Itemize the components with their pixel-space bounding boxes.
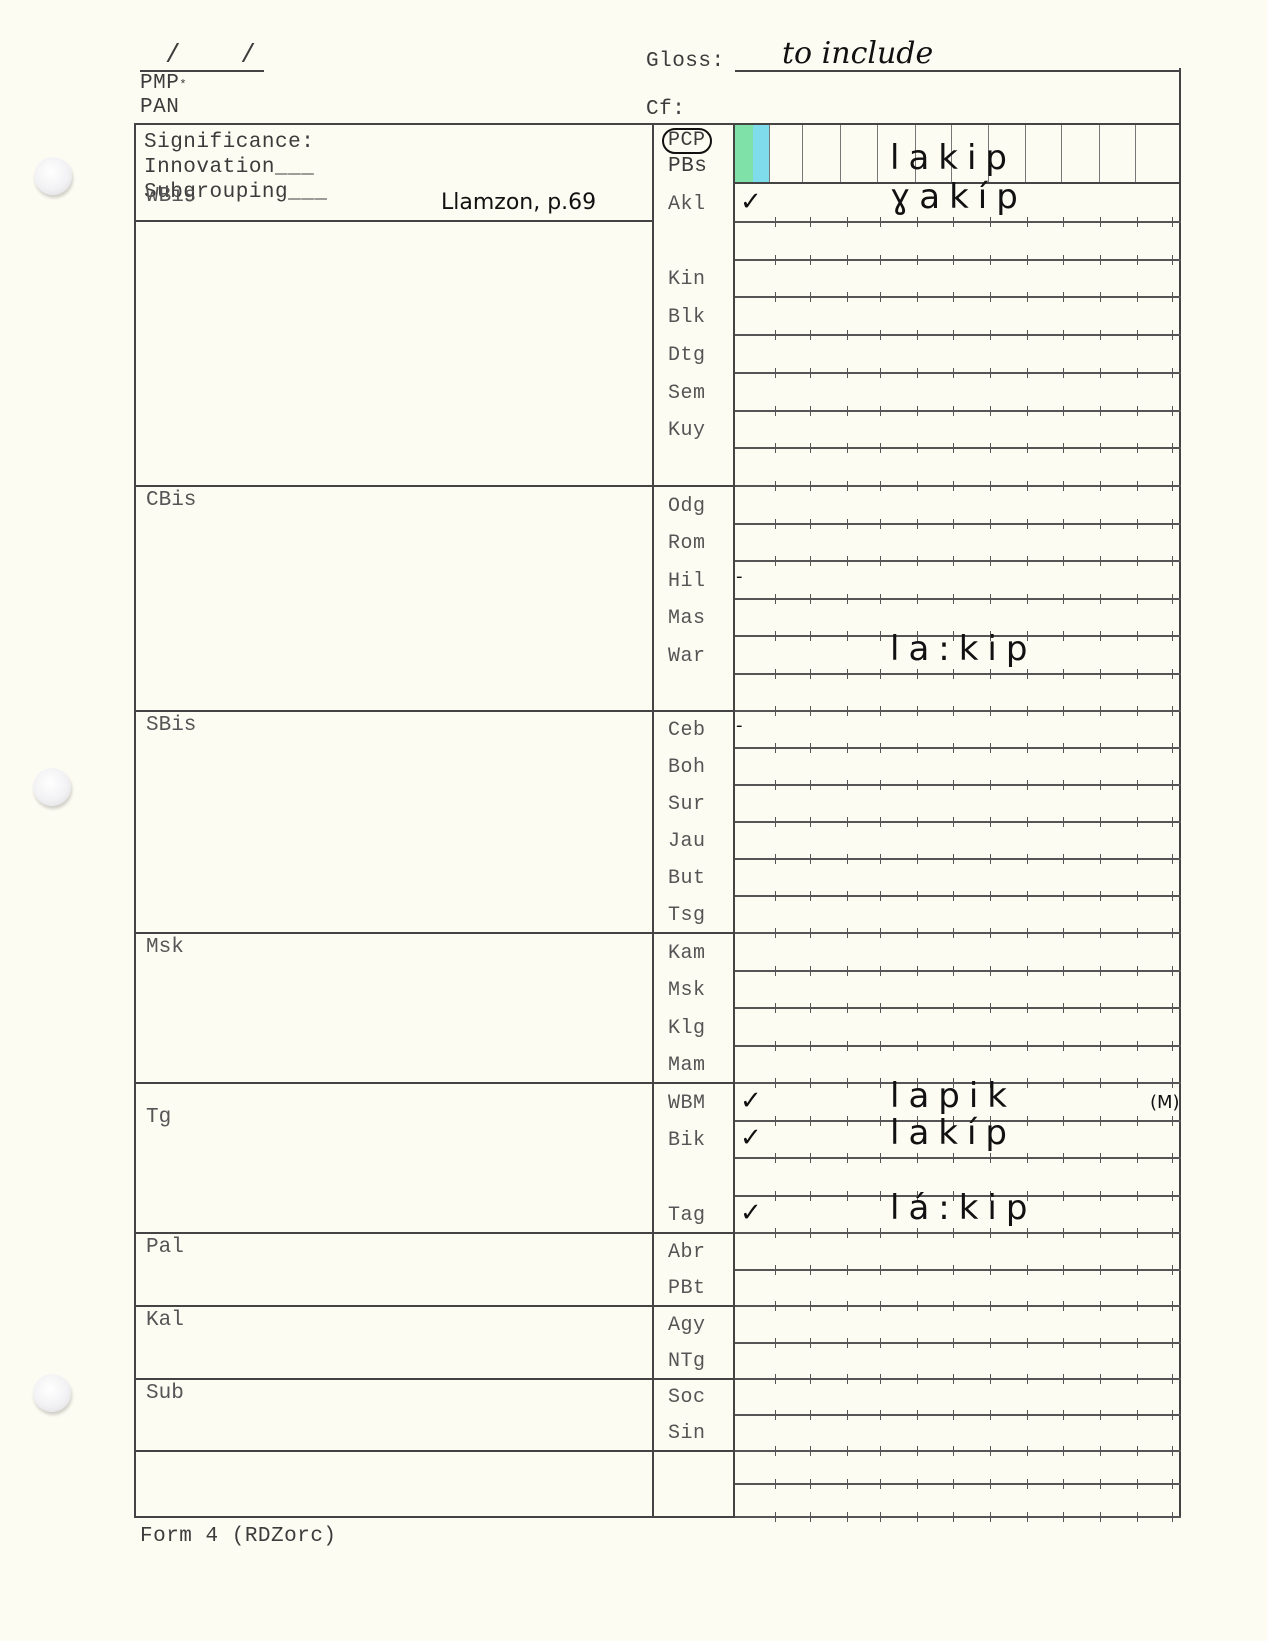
entry-line[interactable]	[735, 447, 1181, 449]
pbs-label: PBs	[668, 155, 707, 178]
header-grid-cell	[1099, 125, 1100, 183]
language-label-tag: Tag	[668, 1204, 738, 1227]
tick-mark	[847, 669, 848, 679]
language-label-but: But	[668, 867, 738, 890]
tick-mark	[775, 368, 776, 378]
form-footer: Form 4 (RDZorc)	[140, 1525, 337, 1548]
language-label-boh: Boh	[668, 756, 738, 779]
tick-mark	[1027, 556, 1028, 566]
tick-mark	[1027, 217, 1028, 227]
tick-mark	[775, 292, 776, 302]
language-label-pbt: PBt	[668, 1277, 738, 1300]
tick-mark	[917, 854, 918, 864]
tick-mark	[880, 928, 881, 938]
tick-mark	[1172, 706, 1173, 716]
section-divider	[134, 485, 734, 487]
dash-mark: -	[736, 566, 743, 587]
tick-mark	[880, 817, 881, 827]
entry-line[interactable]	[735, 1269, 1181, 1271]
tick-mark	[880, 330, 881, 340]
tick-mark	[1100, 928, 1101, 938]
entry-line[interactable]	[735, 1450, 1181, 1452]
tick-mark	[917, 406, 918, 416]
frame-divider-grid	[733, 123, 735, 1517]
tick-mark	[990, 1479, 991, 1489]
entry-line[interactable]	[735, 1483, 1181, 1485]
tick-mark	[847, 817, 848, 827]
reflex-form[interactable]: lapik	[890, 1076, 1016, 1116]
tick-mark	[880, 443, 881, 453]
tick-mark	[810, 1153, 811, 1163]
entry-line[interactable]	[735, 1045, 1181, 1047]
tick-mark	[1027, 594, 1028, 604]
reflex-form[interactable]: lá:kip	[890, 1188, 1036, 1228]
tick-mark	[1027, 1338, 1028, 1348]
tick-mark	[847, 928, 848, 938]
tick-mark	[1027, 854, 1028, 864]
tick-mark	[990, 556, 991, 566]
tick-mark	[847, 443, 848, 453]
tick-mark	[810, 1003, 811, 1013]
language-label-sem: Sem	[668, 382, 738, 405]
entry-line[interactable]	[735, 523, 1181, 525]
tick-mark	[1063, 255, 1064, 265]
tick-mark	[880, 706, 881, 716]
entry-line[interactable]	[735, 895, 1181, 897]
tick-mark	[775, 217, 776, 227]
language-label-sur: Sur	[668, 793, 738, 816]
tick-mark	[990, 780, 991, 790]
section-label-msk: Msk	[146, 936, 184, 959]
tick-mark	[1063, 1041, 1064, 1051]
tick-mark	[917, 817, 918, 827]
language-label-abr: Abr	[668, 1241, 738, 1264]
tick-mark	[810, 406, 811, 416]
tick-mark	[953, 292, 954, 302]
tick-mark	[953, 406, 954, 416]
tick-mark	[953, 1446, 954, 1456]
tick-mark	[1027, 1512, 1028, 1522]
tick-mark	[847, 1374, 848, 1384]
tick-mark	[880, 891, 881, 901]
tick-mark	[775, 519, 776, 529]
tick-mark	[953, 1228, 954, 1238]
gloss-underline	[735, 70, 1181, 72]
tick-mark	[917, 1041, 918, 1051]
tick-mark	[917, 1410, 918, 1420]
tick-mark	[1172, 1512, 1173, 1522]
tick-mark	[953, 1265, 954, 1275]
tick-mark	[1063, 330, 1064, 340]
tick-mark	[1027, 519, 1028, 529]
tick-mark	[1027, 1041, 1028, 1051]
tick-mark	[880, 1374, 881, 1384]
tick-mark	[880, 1512, 881, 1522]
entry-line[interactable]	[735, 747, 1181, 749]
entry-line[interactable]	[735, 784, 1181, 786]
tick-mark	[1027, 1410, 1028, 1420]
tick-mark	[990, 1374, 991, 1384]
tick-mark	[775, 631, 776, 641]
tick-mark	[990, 1512, 991, 1522]
tick-mark	[917, 1265, 918, 1275]
tick-mark	[847, 1301, 848, 1311]
tick-mark	[880, 255, 881, 265]
tick-mark	[1063, 556, 1064, 566]
source-note[interactable]: Llamzon, p.69	[441, 190, 596, 215]
pbs-form[interactable]: lakip	[890, 138, 1016, 178]
tick-mark	[1063, 594, 1064, 604]
tick-mark	[810, 1116, 811, 1126]
entry-line[interactable]	[735, 334, 1181, 336]
tick-mark	[880, 1116, 881, 1126]
tick-mark	[810, 928, 811, 938]
tick-mark	[810, 780, 811, 790]
entry-line[interactable]	[735, 1516, 1181, 1518]
check-icon[interactable]: ✓	[740, 187, 762, 217]
tick-mark	[917, 330, 918, 340]
tick-mark	[1100, 780, 1101, 790]
tick-mark	[1137, 519, 1138, 529]
check-icon[interactable]: ✓	[740, 1086, 762, 1116]
tick-mark	[990, 817, 991, 827]
cf-label: Cf:	[646, 98, 685, 121]
tick-mark	[953, 368, 954, 378]
entry-line[interactable]	[735, 1342, 1181, 1344]
tick-mark	[1172, 743, 1173, 753]
tick-mark	[1172, 780, 1173, 790]
tick-mark	[1063, 780, 1064, 790]
tick-mark	[775, 1116, 776, 1126]
tick-mark	[1063, 1265, 1064, 1275]
entry-line[interactable]	[735, 970, 1181, 972]
tick-mark	[775, 1153, 776, 1163]
tick-mark	[990, 443, 991, 453]
tick-mark	[1137, 631, 1138, 641]
tick-mark	[953, 743, 954, 753]
section-divider	[134, 1082, 734, 1084]
tick-mark	[880, 1338, 881, 1348]
tick-mark	[1137, 255, 1138, 265]
tick-mark	[953, 1041, 954, 1051]
header-grid-cell	[840, 125, 841, 183]
tick-mark	[1027, 928, 1028, 938]
entry-line[interactable]	[735, 710, 1181, 712]
tick-mark	[1172, 1003, 1173, 1013]
tick-mark	[775, 891, 776, 901]
tick-mark	[810, 217, 811, 227]
tick-mark	[953, 330, 954, 340]
tick-mark	[1137, 780, 1138, 790]
tick-mark	[880, 519, 881, 529]
tick-mark	[1100, 1301, 1101, 1311]
tick-mark	[1172, 1153, 1173, 1163]
tick-mark	[810, 519, 811, 529]
punch-hole	[34, 157, 72, 195]
tick-mark	[775, 743, 776, 753]
entry-line[interactable]	[735, 1305, 1181, 1307]
tick-mark	[1172, 1338, 1173, 1348]
tick-mark	[917, 1228, 918, 1238]
tick-mark	[1172, 1446, 1173, 1456]
language-label-sin: Sin	[668, 1422, 738, 1445]
tick-mark	[1027, 1374, 1028, 1384]
entry-line[interactable]	[735, 1157, 1181, 1159]
tick-mark	[1172, 556, 1173, 566]
entry-line[interactable]	[735, 932, 1181, 934]
tick-mark	[990, 743, 991, 753]
tick-mark	[1172, 891, 1173, 901]
tick-mark	[847, 966, 848, 976]
tick-mark	[847, 1228, 848, 1238]
tick-mark	[917, 966, 918, 976]
tick-mark	[1172, 1041, 1173, 1051]
tick-mark	[810, 669, 811, 679]
tick-mark	[917, 255, 918, 265]
tick-mark	[1063, 706, 1064, 716]
gloss-label: Gloss:	[646, 50, 725, 73]
tick-mark	[1100, 217, 1101, 227]
section-label-pal: Pal	[146, 1236, 184, 1259]
tick-mark	[990, 255, 991, 265]
tick-mark	[847, 854, 848, 864]
tick-mark	[917, 743, 918, 753]
tick-mark	[1027, 406, 1028, 416]
tick-mark	[1027, 1078, 1028, 1088]
header-grid-cell	[1135, 125, 1136, 183]
tick-mark	[1027, 1228, 1028, 1238]
language-label-rom: Rom	[668, 532, 738, 555]
reflex-note: (M)	[1150, 1092, 1180, 1113]
tick-mark	[1027, 817, 1028, 827]
tick-mark	[1063, 891, 1064, 901]
header-grid-cell	[1025, 125, 1026, 183]
tick-mark	[917, 519, 918, 529]
entry-line[interactable]	[735, 485, 1181, 487]
tick-mark	[1172, 631, 1173, 641]
tick-mark	[1137, 1301, 1138, 1311]
language-label-klg: Klg	[668, 1017, 738, 1040]
tick-mark	[917, 891, 918, 901]
tick-mark	[775, 1479, 776, 1489]
tick-mark	[1100, 631, 1101, 641]
entry-line[interactable]	[735, 1007, 1181, 1009]
tick-mark	[1063, 854, 1064, 864]
tick-mark	[1027, 1153, 1028, 1163]
tick-mark	[990, 1228, 991, 1238]
tick-mark	[1137, 706, 1138, 716]
header-grid-cell	[1061, 125, 1062, 183]
entry-line[interactable]	[735, 221, 1181, 223]
language-label-kam: Kam	[668, 942, 738, 965]
punch-hole	[33, 768, 71, 806]
entry-line[interactable]	[735, 858, 1181, 860]
tick-mark	[810, 706, 811, 716]
section-label-kal: Kal	[146, 1309, 184, 1332]
tick-mark	[775, 1078, 776, 1088]
entry-line[interactable]	[735, 296, 1181, 298]
header-grid-cell	[802, 125, 803, 183]
tick-mark	[810, 966, 811, 976]
tick-mark	[1100, 292, 1101, 302]
tick-mark	[775, 594, 776, 604]
language-label-mam: Mam	[668, 1054, 738, 1077]
tick-mark	[810, 1301, 811, 1311]
tick-mark	[1027, 1003, 1028, 1013]
section-divider	[134, 710, 734, 712]
tick-mark	[1100, 255, 1101, 265]
reflex-form[interactable]: lakíp	[890, 1113, 1016, 1153]
tick-mark	[1063, 443, 1064, 453]
tick-mark	[953, 217, 954, 227]
tick-mark	[810, 1041, 811, 1051]
tick-mark	[847, 780, 848, 790]
language-label-agy: Agy	[668, 1314, 738, 1337]
tick-mark	[990, 854, 991, 864]
tick-mark	[1027, 669, 1028, 679]
tick-mark	[880, 743, 881, 753]
tick-mark	[953, 1003, 954, 1013]
language-label-kuy: Kuy	[668, 419, 738, 442]
entry-line[interactable]	[735, 410, 1181, 412]
tick-mark	[1027, 1479, 1028, 1489]
tick-mark	[775, 556, 776, 566]
tick-mark	[917, 1446, 918, 1456]
entry-line[interactable]	[735, 598, 1181, 600]
tick-mark	[810, 1479, 811, 1489]
check-icon[interactable]: ✓	[740, 1123, 762, 1153]
tick-mark	[1172, 330, 1173, 340]
tick-mark	[990, 368, 991, 378]
tick-mark	[847, 1116, 848, 1126]
tick-mark	[953, 1512, 954, 1522]
tick-mark	[775, 966, 776, 976]
tick-mark	[1172, 854, 1173, 864]
language-label-wbm: WBM	[668, 1092, 738, 1115]
tick-mark	[880, 1228, 881, 1238]
check-icon[interactable]: ✓	[740, 1198, 762, 1228]
tick-mark	[1027, 1301, 1028, 1311]
tick-mark	[1172, 817, 1173, 827]
tick-mark	[880, 780, 881, 790]
tick-mark	[847, 255, 848, 265]
reflex-form[interactable]: la:kip	[890, 629, 1036, 669]
tick-mark	[990, 928, 991, 938]
tick-mark	[917, 669, 918, 679]
tick-mark	[1137, 1228, 1138, 1238]
tick-mark	[1137, 928, 1138, 938]
entry-line[interactable]	[735, 1378, 1181, 1380]
tick-mark	[1172, 1479, 1173, 1489]
tick-mark	[1027, 443, 1028, 453]
section-divider	[134, 1232, 734, 1234]
tick-mark	[847, 1078, 848, 1088]
proto-label-pan: PAN	[140, 96, 179, 119]
tick-mark	[775, 1265, 776, 1275]
tick-mark	[775, 706, 776, 716]
tick-mark	[1100, 1410, 1101, 1420]
tick-mark	[775, 255, 776, 265]
entry-line[interactable]	[735, 259, 1181, 261]
entry-line[interactable]	[735, 821, 1181, 823]
tick-mark	[775, 443, 776, 453]
tick-mark	[1137, 443, 1138, 453]
frame-left	[134, 123, 136, 1517]
tick-mark	[1100, 1338, 1101, 1348]
tick-mark	[1063, 519, 1064, 529]
entry-line[interactable]	[735, 372, 1181, 374]
tick-mark	[847, 1410, 848, 1420]
tick-mark	[1027, 1116, 1028, 1126]
tick-mark	[775, 1338, 776, 1348]
tick-mark	[810, 594, 811, 604]
tick-mark	[1137, 1153, 1138, 1163]
entry-line[interactable]	[735, 1232, 1181, 1234]
tick-mark	[880, 1265, 881, 1275]
tick-mark	[810, 1228, 811, 1238]
gloss-value[interactable]: to include	[782, 36, 933, 71]
tick-mark	[953, 1374, 954, 1384]
tick-mark	[953, 1338, 954, 1348]
tick-mark	[1100, 1003, 1101, 1013]
entry-line[interactable]	[735, 673, 1181, 675]
tick-mark	[1100, 1446, 1101, 1456]
tick-mark	[1172, 368, 1173, 378]
language-label-msk: Msk	[668, 979, 738, 1002]
tick-mark	[1137, 966, 1138, 976]
tick-mark	[847, 706, 848, 716]
tick-mark	[917, 443, 918, 453]
language-label-dtg: Dtg	[668, 344, 738, 367]
tick-mark	[775, 1041, 776, 1051]
tick-mark	[990, 481, 991, 491]
highlight-green	[735, 125, 753, 183]
tick-mark	[917, 1374, 918, 1384]
tick-mark	[1100, 1191, 1101, 1201]
tick-mark	[917, 706, 918, 716]
tick-mark	[810, 1374, 811, 1384]
tick-mark	[1063, 1512, 1064, 1522]
tick-mark	[1100, 1374, 1101, 1384]
tick-mark	[1137, 1116, 1138, 1126]
tick-mark	[810, 330, 811, 340]
tick-mark	[880, 368, 881, 378]
reflex-form[interactable]: ɣakíp	[890, 177, 1027, 217]
tick-mark	[810, 292, 811, 302]
tick-mark	[917, 1338, 918, 1348]
tick-mark	[1100, 1228, 1101, 1238]
tick-mark	[880, 1078, 881, 1088]
tick-mark	[847, 1191, 848, 1201]
tick-mark	[880, 1153, 881, 1163]
tick-mark	[917, 1153, 918, 1163]
tick-mark	[1027, 481, 1028, 491]
entry-line[interactable]	[735, 560, 1181, 562]
tick-mark	[810, 1446, 811, 1456]
tick-mark	[953, 1410, 954, 1420]
tick-mark	[1100, 1265, 1101, 1275]
tick-mark	[917, 594, 918, 604]
tick-mark	[880, 669, 881, 679]
tick-mark	[1137, 1265, 1138, 1275]
entry-line[interactable]	[735, 1414, 1181, 1416]
tick-mark	[1100, 1479, 1101, 1489]
tick-mark	[1063, 1374, 1064, 1384]
tick-mark	[810, 481, 811, 491]
tick-mark	[1063, 1338, 1064, 1348]
tick-mark	[847, 368, 848, 378]
tick-mark	[775, 1512, 776, 1522]
